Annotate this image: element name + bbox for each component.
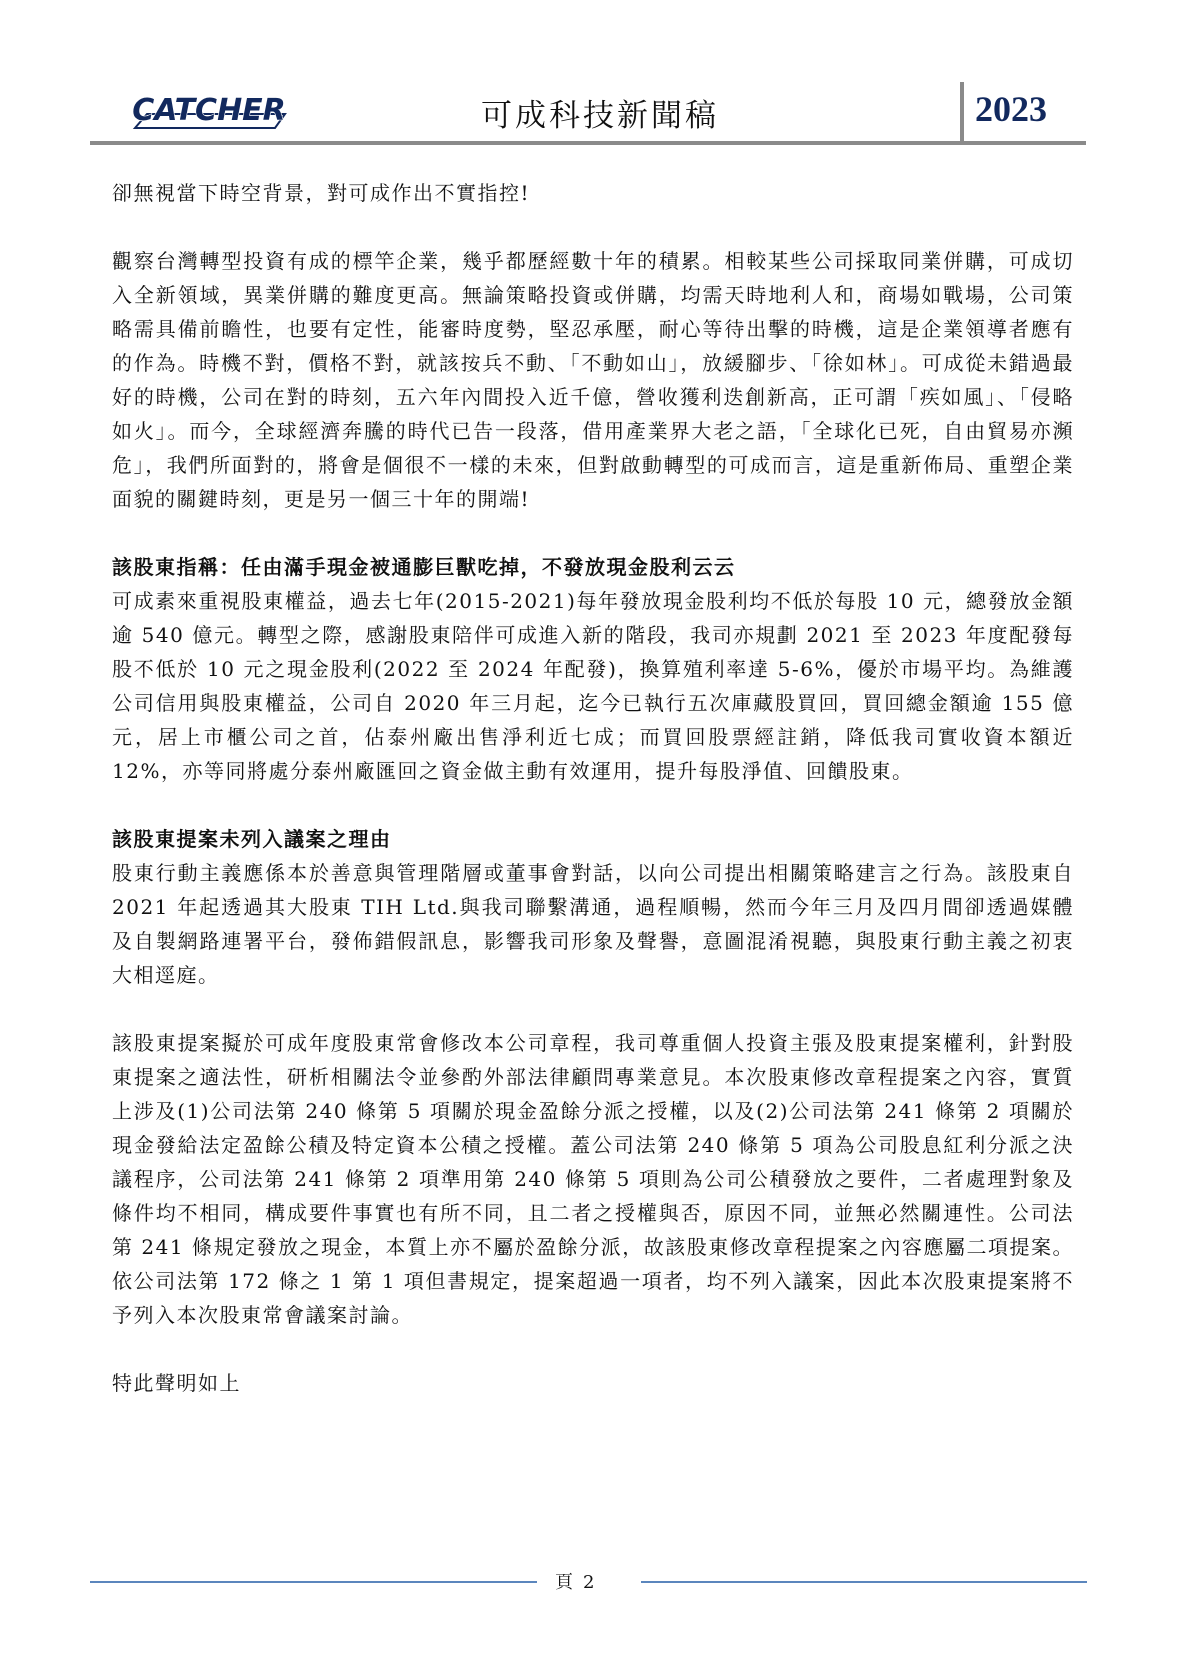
page-number: 頁2	[555, 1568, 604, 1594]
page-label: 頁	[555, 1572, 573, 1593]
page-header: CATCHER 可成科技新聞稿 2023	[0, 0, 1181, 150]
section-heading-dividends: 該股東指稱：任由滿手現金被通膨巨獸吃掉，不發放現金股利云云	[112, 550, 1074, 584]
svg-text:CATCHER: CATCHER	[132, 93, 286, 128]
catcher-logo-icon: CATCHER	[125, 92, 295, 132]
paragraph-gap	[112, 516, 1074, 550]
paragraph-gap	[112, 788, 1074, 822]
footer-rule-left	[90, 1581, 537, 1583]
paragraph-transformation: 觀察台灣轉型投資有成的標竿企業，幾乎都歷經數十年的積累。相較某些公司採取同業併購…	[112, 244, 1074, 516]
page-footer: 頁2	[0, 1566, 1181, 1596]
intro-line: 卻無視當下時空背景，對可成作出不實指控!	[112, 176, 1074, 210]
footer-rule-right	[641, 1581, 1087, 1583]
paragraph-legal: 該股東提案擬於可成年度股東常會修改本公司章程，我司尊重個人投資主張及股東提案權利…	[112, 1026, 1074, 1332]
closing-statement: 特此聲明如上	[112, 1366, 1074, 1400]
document-body: 卻無視當下時空背景，對可成作出不實指控! 觀察台灣轉型投資有成的標竿企業，幾乎都…	[112, 176, 1074, 1400]
page-number-value: 2	[583, 1572, 594, 1593]
header-rule	[90, 141, 1086, 145]
paragraph-gap	[112, 210, 1074, 244]
paragraph-gap	[112, 992, 1074, 1026]
paragraph-gap	[112, 1332, 1074, 1366]
header-vertical-divider	[960, 82, 964, 144]
section-heading-proposal: 該股東提案未列入議案之理由	[112, 822, 1074, 856]
header-year: 2023	[975, 88, 1047, 130]
document-title: 可成科技新聞稿	[300, 90, 900, 135]
paragraph-dividends: 可成素來重視股東權益，過去七年(2015-2021)每年發放現金股利均不低於每股…	[112, 584, 1074, 788]
paragraph-activism: 股東行動主義應係本於善意與管理階層或董事會對話，以向公司提出相關策略建言之行為。…	[112, 856, 1074, 992]
